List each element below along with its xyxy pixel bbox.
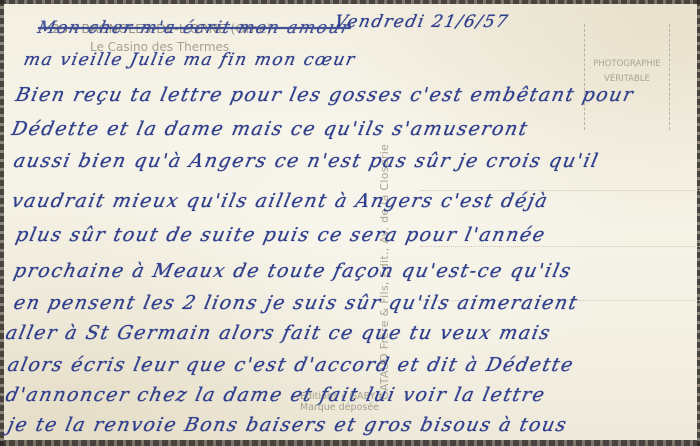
- handwritten-line: plus sûr tout de suite puis ce sera pour…: [14, 224, 548, 246]
- handwritten-line: prochaine à Meaux de toute façon qu'est-…: [12, 260, 574, 282]
- handwritten-line: Dédette et la dame mais ce qu'ils s'amus…: [10, 118, 531, 140]
- address-line: [420, 246, 700, 247]
- postcard-back: 23 - BAGNOLES-DE-L'ORNE (Orne) Le Casino…: [0, 0, 700, 446]
- deckled-edge-bottom: [0, 440, 700, 446]
- handwritten-line: alors écris leur que c'est d'accord et d…: [6, 354, 577, 376]
- handwritten-line: Mon cher m'a écrit mon amour: [36, 18, 353, 38]
- stamp-box: PHOTOGRAPHIE VÉRITABLE: [584, 24, 670, 130]
- handwritten-line: ma vieille Julie ma fin mon cœur: [22, 50, 358, 70]
- handwritten-line: en pensent les 2 lions je suis sûr qu'il…: [12, 292, 581, 314]
- deckled-edge-left: [0, 0, 4, 446]
- deckled-edge-top: [0, 0, 700, 4]
- handwritten-line: vaudrait mieux qu'ils aillent à Angers c…: [10, 190, 551, 212]
- handwritten-line: je te la renvoie Bons baisers et gros bi…: [6, 414, 570, 436]
- stamp-box-label-line2: VÉRITABLE: [585, 74, 669, 84]
- handwritten-line: d'annoncer chez la dame et fait lui voir…: [4, 384, 548, 406]
- handwritten-line: aller à St Germain alors fait ce que tu …: [4, 322, 554, 344]
- handwritten-line: Bien reçu ta lettre pour les gosses c'es…: [14, 84, 637, 106]
- handwritten-line: aussi bien qu'à Angers ce n'est pas sûr …: [12, 150, 602, 172]
- stamp-box-label-line1: PHOTOGRAPHIE: [585, 59, 669, 69]
- handwritten-date: Vendredi 21/6/57: [333, 12, 511, 32]
